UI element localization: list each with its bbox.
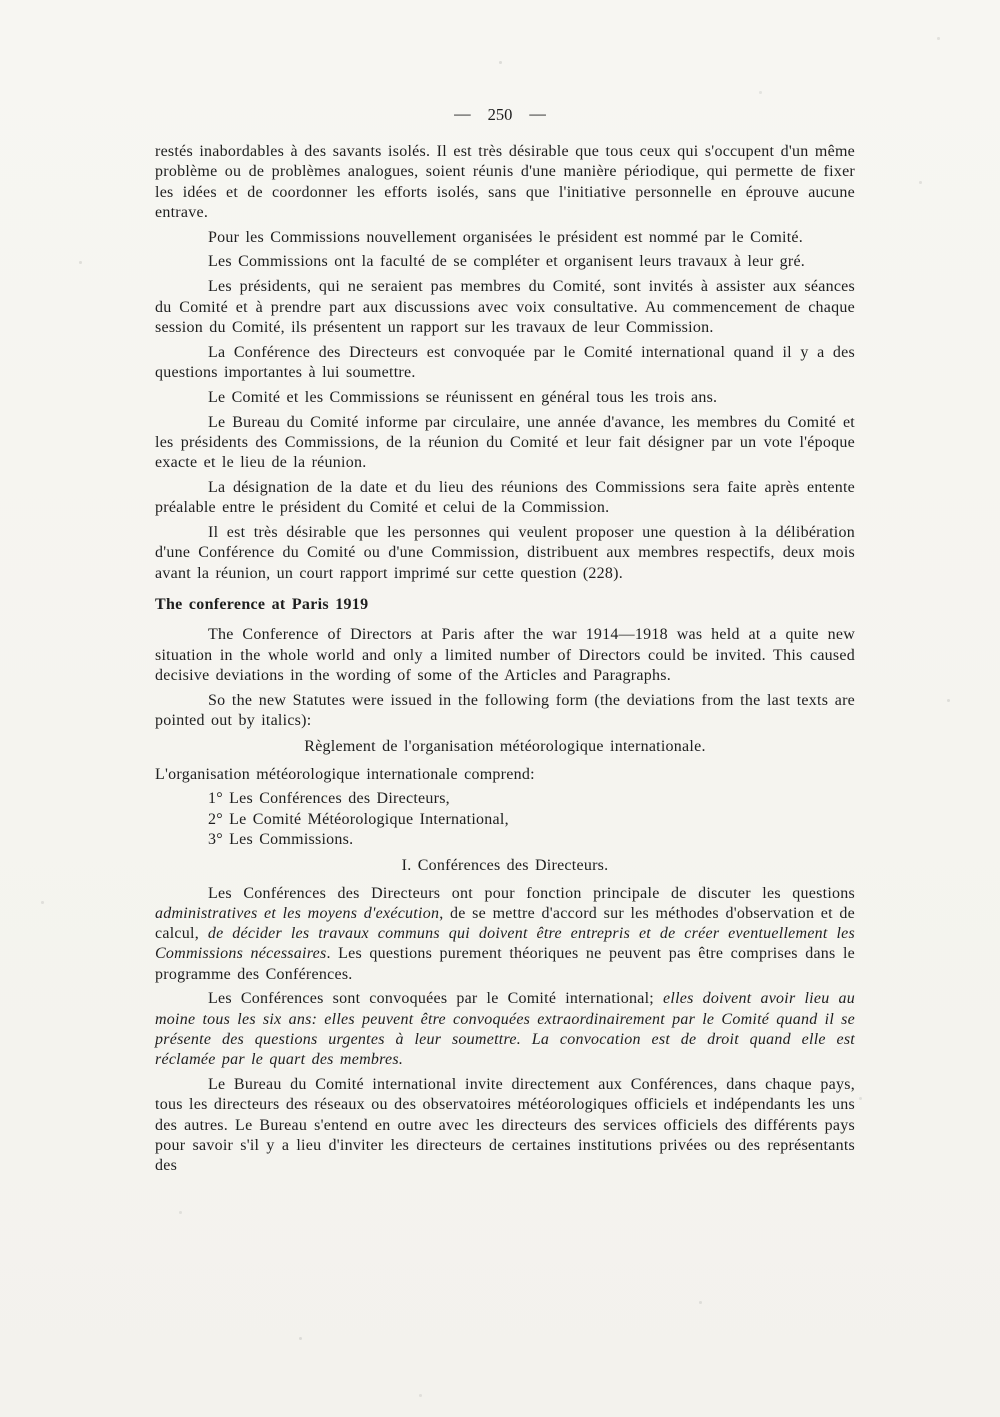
run-normal: Les Conférences sont convoquées par le C… (208, 990, 663, 1007)
text-block: restés inabordables à des savants isolés… (155, 142, 855, 1181)
paragraph-conference-convoquee: La Conférence des Directeurs est convoqu… (155, 343, 855, 384)
paragraph-designation-date: La désignation de la date et du lieu des… (155, 478, 855, 519)
header-dash-left: — (454, 104, 471, 124)
list-item-comite: 2° Le Comité Météorologique Internationa… (155, 810, 855, 830)
run-italic-deviation: administratives et les moyens d'exécutio… (155, 905, 439, 922)
page-header: —250— (0, 105, 1000, 125)
paragraph-presidents: Les présidents, qui ne seraient pas memb… (155, 277, 855, 338)
paragraph-conferences-convoquees: Les Conférences sont convoquées par le C… (155, 989, 855, 1070)
list-item-conferences: 1° Les Conférences des Directeurs, (155, 789, 855, 809)
paragraph-conference-of-directors: The Conference of Directors at Paris aft… (155, 625, 855, 686)
scan-noise-speckles (0, 0, 1, 1)
header-dash-right: — (529, 104, 546, 124)
org-structure-list: 1° Les Conférences des Directeurs, 2° Le… (155, 789, 855, 850)
paragraph-bureau-informe: Le Bureau du Comité informe par circulai… (155, 413, 855, 474)
paragraph-new-statutes: So the new Statutes were issued in the f… (155, 691, 855, 732)
paragraph-conferences-fonction: Les Conférences des Directeurs ont pour … (155, 884, 855, 985)
paragraph-comite-reunissent: Le Comité et les Commissions se réunisse… (155, 388, 855, 408)
section-heading-paris-1919: The conference at Paris 1919 (155, 595, 855, 615)
paragraph-restes-inabordables: restés inabordables à des savants isolés… (155, 142, 855, 223)
list-item-commissions: 3° Les Commissions. (155, 830, 855, 850)
paragraph-bureau-invite: Le Bureau du Comité international invite… (155, 1075, 855, 1176)
paragraph-commissions-faculte: Les Commissions ont la faculté de se com… (155, 252, 855, 272)
section-i-title: I. Conférences des Directeurs. (155, 856, 855, 876)
paragraph-comprend-intro: L'organisation météorologique internatio… (155, 765, 855, 785)
run-normal: Les Conférences des Directeurs ont pour … (208, 885, 855, 902)
paragraph-proposer-question: Il est très désirable que les personnes … (155, 523, 855, 584)
reglement-title: Règlement de l'organisation météorologiq… (155, 737, 855, 757)
paragraph-pour-commissions: Pour les Commissions nouvellement organi… (155, 228, 855, 248)
page-number: 250 (488, 105, 513, 124)
